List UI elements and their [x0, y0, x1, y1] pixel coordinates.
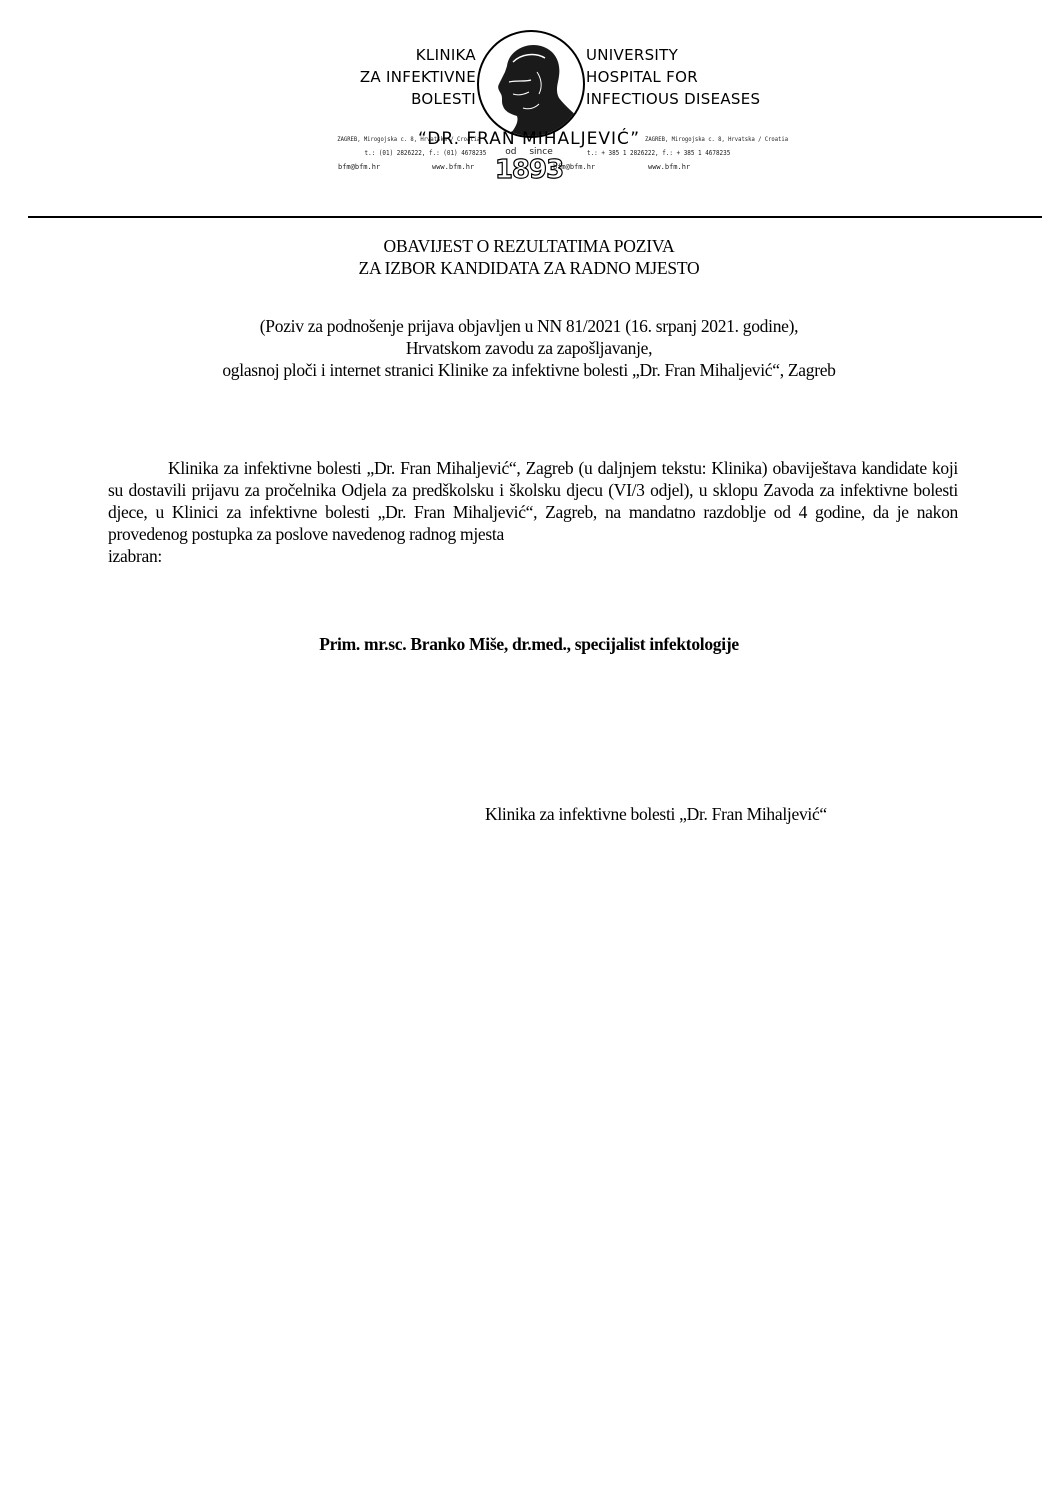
letterhead-left-block: KLINIKA ZA INFEKTIVNE BOLESTI	[360, 44, 476, 110]
document-title-line: OBAVIJEST O REZULTATIMA POZIVA	[0, 235, 1058, 257]
header-divider	[28, 216, 1042, 218]
portrait-medallion-icon	[477, 30, 585, 138]
document-title-line: ZA IZBOR KANDIDATA ZA RADNO MJESTO	[0, 257, 1058, 279]
publication-note-line: oglasnoj ploči i internet stranici Klini…	[0, 359, 1058, 381]
letterhead-left-line: ZA INFEKTIVNE	[360, 66, 476, 88]
letterhead-right-line: INFECTIOUS DISEASES	[586, 88, 760, 110]
letterhead-address-right: ZAGREB, Mirogojska c. 8, Hrvatska / Croa…	[645, 135, 788, 143]
letterhead-institution-name: “DR. FRAN MIHALJEVIĆ”	[0, 129, 1058, 149]
document-title: OBAVIJEST O REZULTATIMA POZIVA ZA IZBOR …	[0, 235, 1058, 279]
signature-line: Klinika za infektivne bolesti „Dr. Fran …	[485, 803, 827, 825]
letterhead-web-right: www.bfm.hr	[648, 163, 690, 171]
letterhead-email-right: bfm@bfm.hr	[553, 163, 595, 171]
letterhead-left-line: BOLESTI	[360, 88, 476, 110]
publication-note: (Poziv za podnošenje prijava objavljen u…	[0, 315, 1058, 381]
letterhead-left-line: KLINIKA	[360, 44, 476, 66]
publication-note-line: Hrvatskom zavodu za zapošljavanje,	[0, 337, 1058, 359]
chosen-label: izabran:	[108, 545, 958, 567]
notice-paragraph: Klinika za infektivne bolesti „Dr. Fran …	[108, 458, 958, 544]
letterhead-right-line: HOSPITAL FOR	[586, 66, 760, 88]
letterhead-founding-year: 1893	[0, 156, 1058, 184]
notice-body: Klinika za infektivne bolesti „Dr. Fran …	[108, 457, 958, 567]
selected-candidate: Prim. mr.sc. Branko Miše, dr.med., speci…	[0, 633, 1058, 655]
publication-note-line: (Poziv za podnošenje prijava objavljen u…	[0, 315, 1058, 337]
letterhead-right-block: UNIVERSITY HOSPITAL FOR INFECTIOUS DISEA…	[586, 44, 760, 110]
letterhead-right-line: UNIVERSITY	[586, 44, 760, 66]
